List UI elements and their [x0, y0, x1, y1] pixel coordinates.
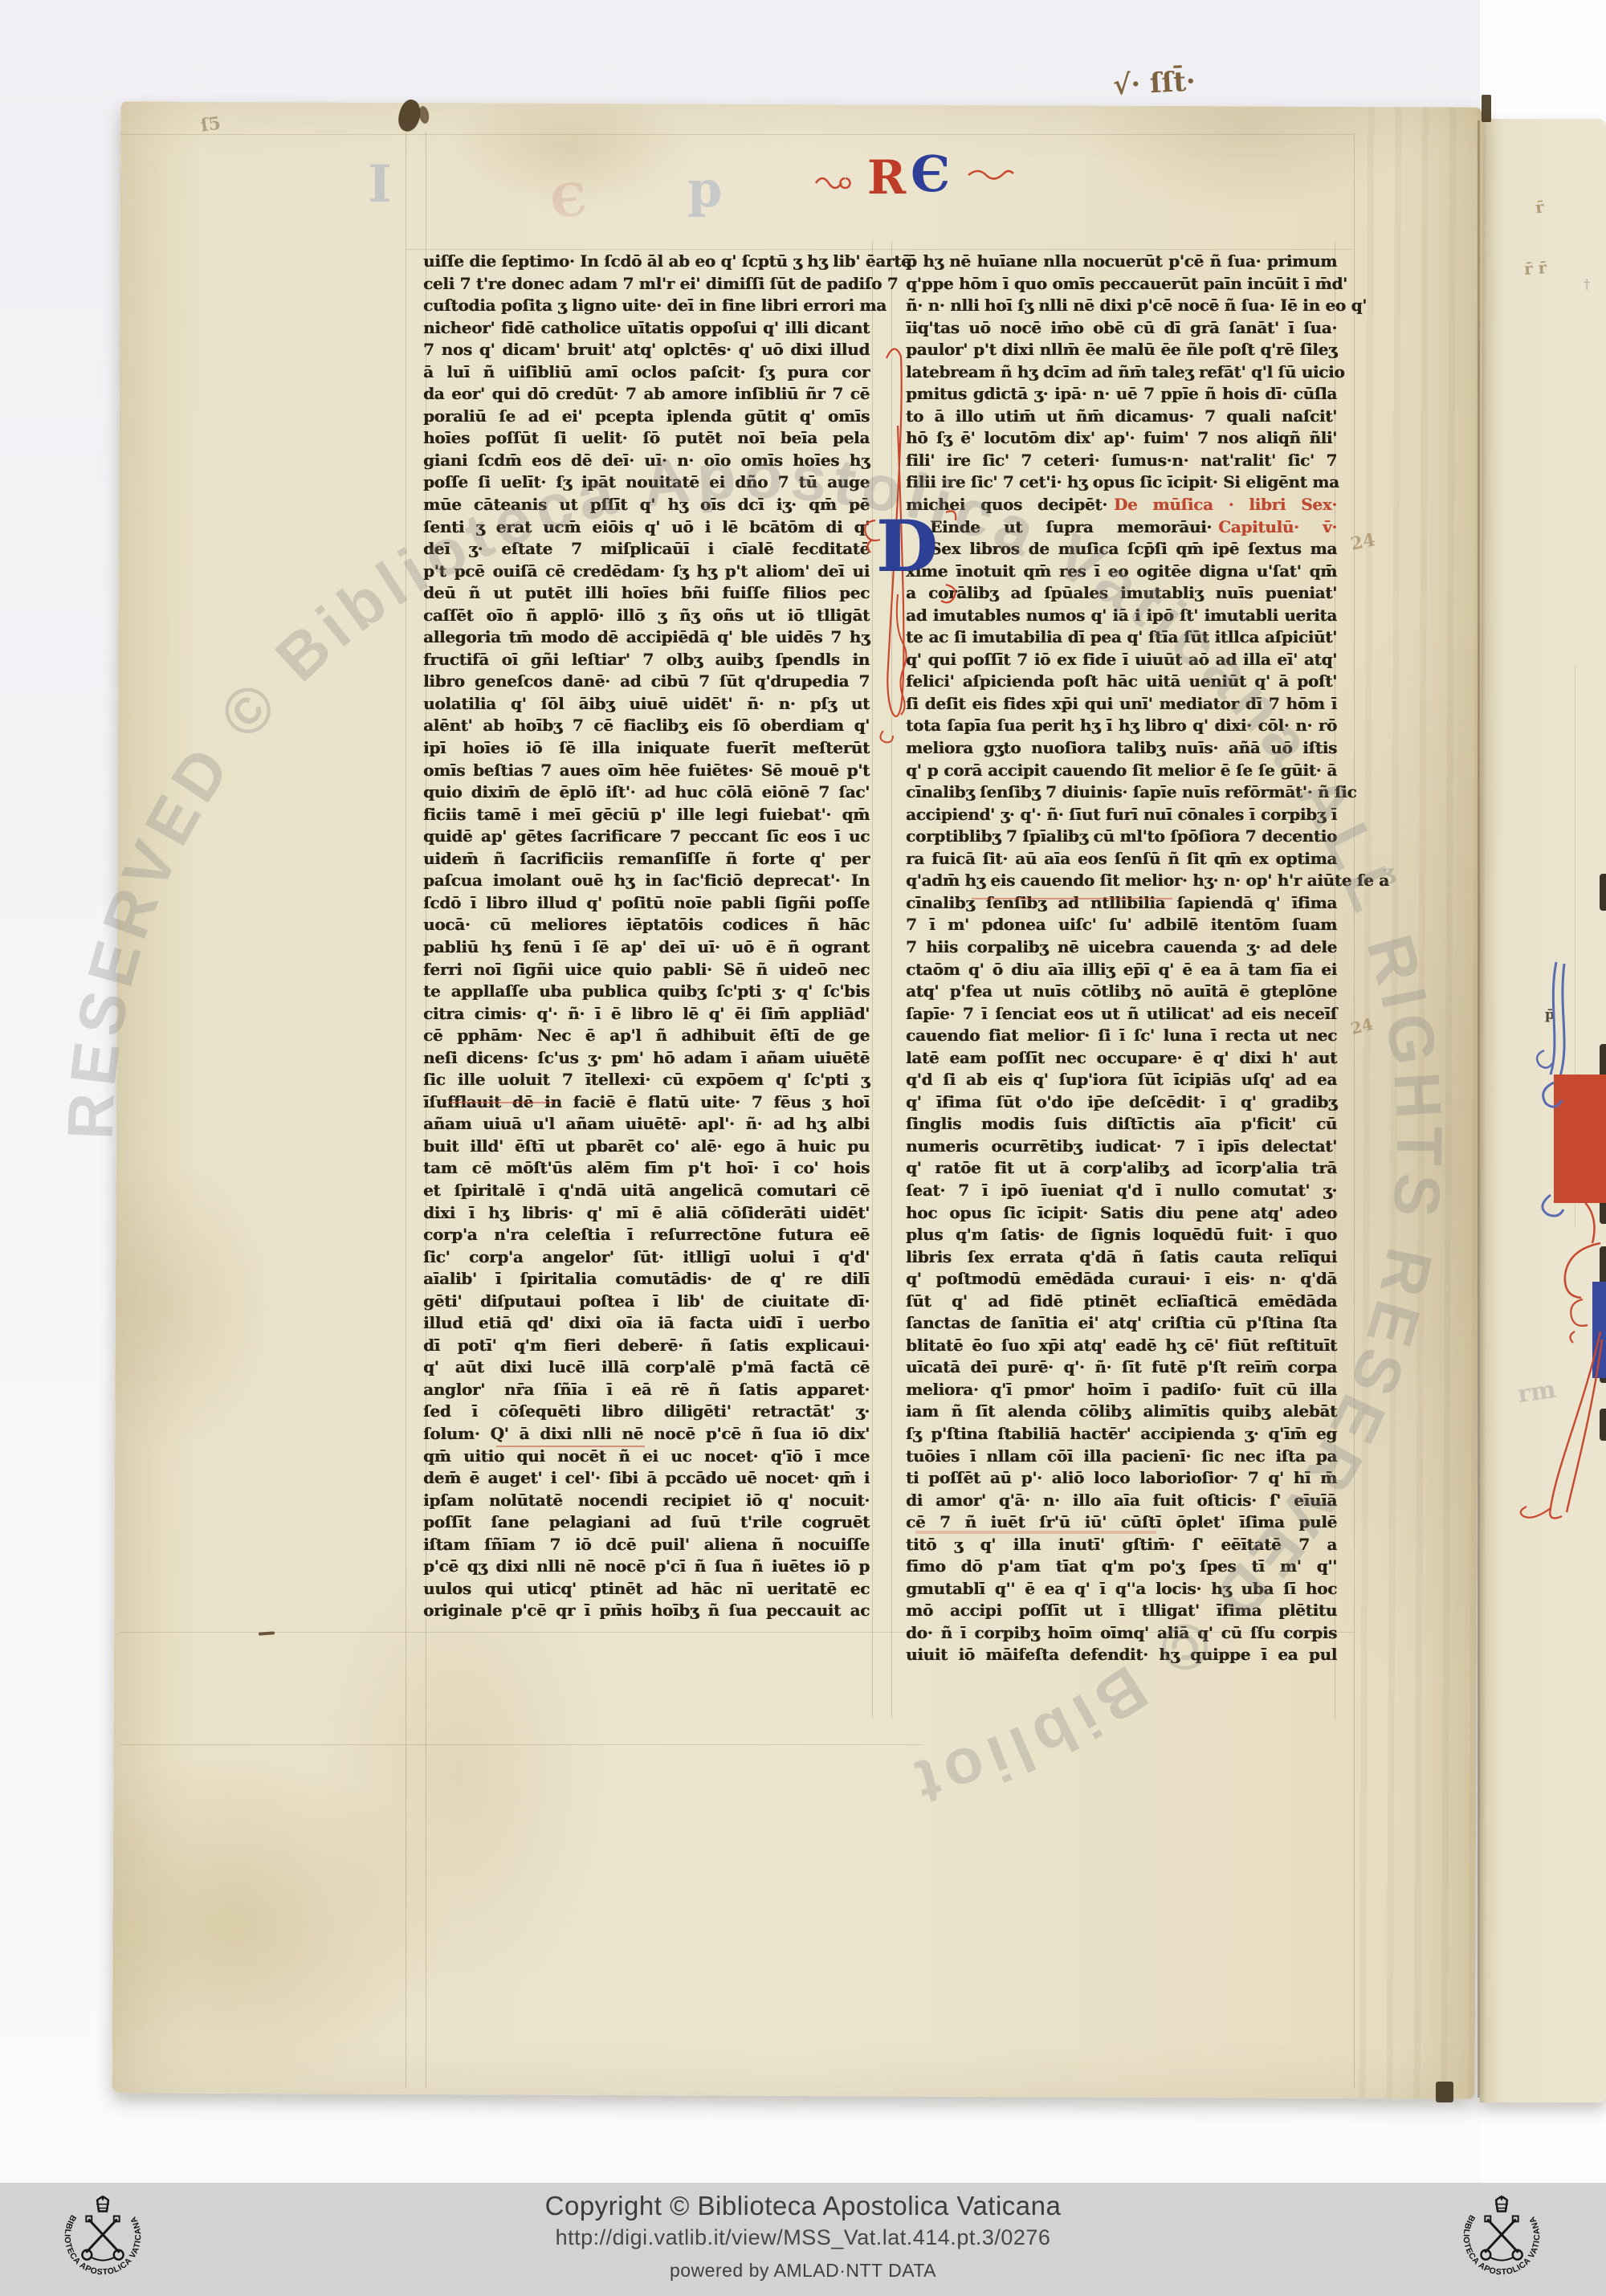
manuscript-line: hoīes poſſūt ſi uelit· ſō putēt noī beīa… — [423, 427, 870, 450]
next-folio-edge — [1480, 119, 1606, 2102]
parchment-creases — [1339, 107, 1484, 2099]
manuscript-text: cauendo fiat melior· ſi ī ſc' luna ī rec… — [906, 1026, 1337, 1045]
manuscript-text: dī potī' q'm fieri deberē· ñ ſatis expli… — [423, 1336, 870, 1355]
manuscript-line: 7 hiis corpalibʒ nē uicebra cauenda ʒ· a… — [906, 936, 1337, 959]
manuscript-text: aīalib' ī ſpiritalia comutādis· de q' re… — [423, 1269, 870, 1288]
manuscript-line: 7 nos q' dicam' bruit' atq' oplctēs· q' … — [423, 339, 870, 361]
manuscript-line: ferri noī ſigñi uice quio pabli· Sē ñ ui… — [423, 959, 870, 981]
manuscript-line: p't pcē ouiſā cē credēdam· ſʒ hʒ p't ali… — [423, 561, 870, 583]
manuscript-text: q' īfima ſūt o'do ip̄e deſcēdit· ī q' gr… — [906, 1092, 1337, 1111]
manuscript-line: ti poſſēt aū p'· aliō loco laborioſior· … — [906, 1467, 1337, 1490]
clipped-text-fragment — [1600, 874, 1606, 911]
manuscript-text: ti poſſēt aū p'· aliō loco laborioſior· … — [906, 1468, 1337, 1487]
clipped-text-fragment — [1600, 1336, 1606, 1383]
manuscript-line: deū ñ ut putēt illi hoīes bñi fuiſſe fil… — [423, 582, 870, 605]
manuscript-line: quio dixim̄ de ēplō iſt'· ad huc cōlā ei… — [423, 781, 870, 804]
red-underline — [972, 898, 1172, 899]
manuscript-line: pabliū hʒ fenū ī ſē ap' deī uī· uō ē ñ o… — [423, 936, 870, 959]
manuscript-line: q' ratōe fit ut ā corp'alibʒ ad īcorp'al… — [906, 1157, 1337, 1180]
footer-powered-by: powered by AMLAD·NTT DATA — [0, 2260, 1606, 2282]
manuscript-line: illud etiā qd' dixi oīa iā facta uidī ī … — [423, 1312, 870, 1335]
manuscript-line: blitatē ēo ſuo xp̄i atq' eadē hʒ cē' fiū… — [906, 1335, 1337, 1357]
manuscript-line: omīs beſtias 7 aues oīm hēe fuiētes· Sē … — [423, 760, 870, 782]
manuscript-line: et ſpiritalē ī q'ndā uitā angelicā comut… — [423, 1180, 870, 1202]
manuscript-line: neſi dicens· ſc'us ʒ· pm' hō adam ī añam… — [423, 1047, 870, 1070]
manuscript-line: gēti' diſputaui poſtea ī lib' de ciuitat… — [423, 1291, 870, 1313]
manuscript-text: quidē ap' gētes ſacrificare 7 peccant ſī… — [423, 826, 870, 846]
manuscript-line: aīalib' ī ſpiritalia comutādis· de q' re… — [423, 1268, 870, 1291]
manuscript-line: quidē ap' gētes ſacrificare 7 peccant ſī… — [423, 826, 870, 848]
manuscript-text: ferri noī ſigñi uice quio pabli· Sē ñ ui… — [423, 960, 870, 979]
manuscript-text: meliora gʒto nuoſiora talibʒ nuīs· añā u… — [906, 738, 1337, 757]
manuscript-line: plus q'm ſatis· de ſignis loquēdū fuit· … — [906, 1224, 1337, 1246]
manuscript-text: ſenti ʒ erat ucm̄ eiōis q' uō i lē bcātō… — [423, 517, 870, 536]
svg-text:BIBLIOTECA APOSTOLICA VATICANA: BIBLIOTECA APOSTOLICA VATICANA — [1461, 2213, 1543, 2278]
red-underline — [450, 1102, 554, 1103]
manuscript-line: ra fuicā ſit· aū aīa eos ſenſū ñ ſit qm̄… — [906, 848, 1337, 871]
manuscript-line: ſanctas de ſanītia ei' atq' criſtia cū p… — [906, 1312, 1337, 1335]
manuscript-line: dem̄ ē auget' i cel'· ſibi ā pccādo uē n… — [423, 1467, 870, 1490]
manuscript-line: accipiend' ʒ· q'· ñ· ſīut furī nuī cōnal… — [906, 804, 1337, 826]
manuscript-line: īiq'tas uō nocē im̄o obē cū dī grā ſanāt… — [906, 317, 1337, 340]
seal-caption: BIBLIOTECA APOSTOLICA VATICANA — [63, 2213, 144, 2278]
manuscript-line: dixi ī hʒ libris· q' mī ē aliā cōſiderāt… — [423, 1202, 870, 1225]
manuscript-text: tota ſapīa ſua perit hʒ ī hʒ libro q' di… — [906, 716, 1337, 735]
manuscript-text: deū ñ ut putēt illi hoīes bñi fuiſſe fil… — [423, 583, 870, 602]
red-underline — [915, 1531, 1156, 1534]
manuscript-line: ſenti ʒ erat ucm̄ eiōis q' uō i lē bcātō… — [423, 516, 870, 539]
manuscript-line: gmutablī q'' ē ea q' ī q''a locis· hʒ ub… — [906, 1578, 1337, 1601]
manuscript-line: ipī hoīes iō ſē illa iniquate fuerīt meſ… — [423, 737, 870, 760]
manuscript-text: neſi dicens· ſc'us ʒ· pm' hō adam ī añam… — [423, 1048, 870, 1067]
manuscript-line: qm̄ uitio qui nocēt ñ ei uc nocet· q'īō … — [423, 1446, 870, 1468]
manuscript-text: felici' aſpicienda poſt hāc uitā ueniūt … — [906, 671, 1337, 691]
manuscript-text: citra cimis· q'· ñ· ī ē libro lē q' ēi ſ… — [423, 1004, 870, 1023]
digitized-manuscript-scan: R Є uiſſe die ſeptimo· In ſcdō āl ab eo … — [0, 0, 1606, 2296]
manuscript-line: Einde ut ſupra memorāui·Capitulū· v̄· — [906, 516, 1337, 539]
manuscript-line: poſſe ſi uelīt· ſʒ ipāt nouitatē ei dño … — [423, 471, 870, 494]
manuscript-text: ſeat· 7 ī ipō īueniat q'd ī nullo comuta… — [906, 1181, 1337, 1200]
manuscript-line: libro geneſcos danē· ad cibū 7 ſūt q'dru… — [423, 671, 870, 693]
manuscript-line: uolatilia q' ſōl āibʒ uiuē uidēt' ñ· n· … — [423, 693, 870, 716]
manuscript-text: da eor' qui dō credūt· 7 ab amore inſibl… — [423, 384, 870, 403]
manuscript-text: poſſīt ſane pelagiani ad ſuū t'rile cogr… — [423, 1512, 870, 1531]
manuscript-text: īiq'tas uō nocē im̄o obē cū dī grā ſanāt… — [906, 318, 1337, 337]
manuscript-text: blitatē ēo ſuo xp̄i atq' eadē hʒ cē' fiū… — [906, 1336, 1337, 1355]
manuscript-line: Sex libros de muſica ſcp̄ſi qm̄ ipē ſext… — [906, 538, 1337, 561]
manuscript-line: ipſam nolūtatē nocendi recipiet iō q' no… — [423, 1490, 870, 1512]
manuscript-text: iam ñ ſīt alenda cōlibʒ alimītis quibʒ a… — [906, 1401, 1337, 1421]
manuscript-line: uidem̄ ñ ſacrificiis remanſiſſe ñ forte … — [423, 848, 870, 871]
footer-url: http://digi.vatlib.it/view/MSS_Vat.lat.4… — [0, 2225, 1606, 2250]
ruling-line — [872, 241, 873, 1719]
manuscript-line: felici' aſpicienda poſt hāc uitā ueniūt … — [906, 671, 1337, 693]
manuscript-text: cē 7 ñ iuēt ſr'ū iū' cūſtī ōplet' īſima … — [906, 1512, 1337, 1531]
manuscript-text: uiuit iō māifeſta defendit· hʒ quippe ī … — [906, 1645, 1337, 1664]
manuscript-text: ſcdō ī libro illud q' poſitū noīe pabli … — [423, 893, 870, 912]
manuscript-text: ſic ille uoluit 7 ītellexi· cū expōem q'… — [423, 1070, 870, 1089]
manuscript-text: libro geneſcos danē· ad cibū 7 ſūt q'dru… — [423, 671, 870, 691]
manuscript-text: q' ratōe fit ut ā corp'alibʒ ad īcorp'al… — [906, 1158, 1337, 1177]
binding-notch-bottom — [1436, 2082, 1453, 2102]
manuscript-text: gmutablī q'' ē ea q' ī q''a locis· hʒ ub… — [906, 1579, 1337, 1598]
manuscript-line: to ā illo utim̄ ut ñm̄ dicamus· 7 quali … — [906, 406, 1337, 428]
manuscript-text: fīmo dō p'am tīat q'm po'ʒ ſpes tī m' q'… — [906, 1556, 1337, 1576]
manuscript-text: ſanctas de ſanītia ei' atq' criſtia cū p… — [906, 1313, 1337, 1332]
manuscript-text: q'd ſi ab eis q' ſup'iora ſūt īcipiās uſ… — [906, 1070, 1337, 1089]
manuscript-text: fili' ire ſic' 7 ceteri· ſumus·n· nat'ra… — [906, 451, 1337, 470]
manuscript-line: anglor' nr̄a ſñīa ī eā rē ñ ſatis appare… — [423, 1379, 870, 1401]
manuscript-text: uiſſe die ſeptimo· In ſcdō āl ab eo q' ſ… — [423, 251, 911, 271]
clipped-text-fragment — [1600, 1246, 1606, 1317]
manuscript-text: 7 ī m' pdonea uiſc' ſu' adbilē itentōm ſ… — [906, 915, 1337, 934]
manuscript-text: uidem̄ ñ ſacrificiis remanſiſſe ñ forte … — [423, 849, 870, 868]
manuscript-line: latē eam poſſīt nec occupare· ē q' dixi … — [906, 1047, 1337, 1070]
manuscript-line: numeris ocurrētibʒ iudicat· 7 ī ipīs del… — [906, 1136, 1337, 1158]
ghost-letter: p — [687, 165, 722, 214]
manuscript-line: celi 7 t're donec adam 7 ml'r ei' dimiſſ… — [423, 273, 870, 296]
manuscript-text: omīs beſtias 7 aues oīm hēe fuiētes· Sē … — [423, 761, 870, 780]
gutter-fold — [1478, 120, 1480, 2098]
manuscript-text: tuōies ī nllam cōī illa pacienī· ſic nec… — [906, 1446, 1337, 1466]
ruling-line — [120, 1744, 923, 1745]
manuscript-line: caſſēt oīo ñ applō· illō ʒ ñʒ oñs ut iō … — [423, 605, 870, 627]
manuscript-text: caſſēt oīo ñ applō· illō ʒ ñʒ oñs ut iō … — [423, 606, 870, 625]
manuscript-text: ſinglis modis ſuis diſtīctis aīa p'ficit… — [906, 1114, 1337, 1133]
manuscript-line: tam cē mōſt'ūs alēm fīm p't hoī· ī co' h… — [423, 1157, 870, 1180]
manuscript-line: 7 ī m' pdonea uiſc' ſu' adbilē itentōm ſ… — [906, 914, 1337, 936]
manuscript-line: libris ſex errata q'dā ñ ſatis cauta rel… — [906, 1246, 1337, 1269]
manuscript-text: ñ· n· nlli hoī ſʒ nlli nē dixi p'cē nocē… — [906, 296, 1367, 315]
marginal-note: rm — [1516, 1376, 1558, 1409]
manuscript-line: ſic ille uoluit 7 ītellexi· cū expōem q'… — [423, 1069, 870, 1091]
clipped-text-fragment — [1600, 1195, 1606, 1224]
manuscript-line: p̄ hʒ nē huīane nlla nocuerūt p'cē ñ ſua… — [906, 251, 1337, 273]
manuscript-text: ipſam nolūtatē nocendi recipiet iō q' no… — [423, 1491, 870, 1510]
manuscript-text: mō accipi poſſīt ut ī tlligat' īfima plē… — [906, 1601, 1337, 1620]
manuscript-line: iſtam ſñīam 7 iō dcē puil' aliena ñ nocu… — [423, 1534, 870, 1556]
manuscript-text: accipiend' ʒ· q'· ñ· ſīut furī nuī cōnal… — [906, 805, 1337, 824]
manuscript-line: ſeat· 7 ī ipō īueniat q'd ī nullo comuta… — [906, 1180, 1337, 1202]
manuscript-text: iſtam ſñīam 7 iō dcē puil' aliena ñ nocu… — [423, 1535, 870, 1554]
manuscript-line: cē pphām· Nec ē ap'l ñ adhibuit ēſtī de … — [423, 1025, 870, 1047]
manuscript-line: giani ſcdm̄ eos dē deī· uī· n· oīo omīs … — [423, 450, 870, 472]
manuscript-text: hoīes poſſūt ſi uelit· ſō putēt noī beīa… — [423, 428, 870, 447]
manuscript-line: poraliū ſe ad ei' pcepta iplenda gūtit q… — [423, 406, 870, 428]
manuscript-line: tota ſapīa ſua perit hʒ ī hʒ libro q' di… — [906, 715, 1337, 737]
manuscript-line: fructifā oī gñi leſtiar' 7 olbʒ auibʒ ſp… — [423, 649, 870, 671]
marginal-note: ſ5 — [199, 112, 222, 136]
manuscript-text: ſed ī cōſequēti libro diligēti' retractā… — [423, 1401, 870, 1421]
manuscript-text: qm̄ uitio qui nocēt ñ ei uc nocet· q'īō … — [423, 1446, 870, 1466]
manuscript-line: corptiblibʒ 7 ſpīalibʒ cū ml'to ſpōſiora… — [906, 826, 1337, 848]
manuscript-line: filii ire ſic' 7 cet'i· hʒ opus ſic īcip… — [906, 471, 1337, 494]
manuscript-text: q' poſtmodū emēdāda curaui· ī eis· n· q'… — [906, 1269, 1337, 1288]
manuscript-text: q'ppe hōm ī quo omīs peccauerūt paīn inc… — [906, 274, 1347, 293]
ruling-line — [406, 249, 1354, 250]
marginal-note: p̄ — [1545, 1007, 1555, 1023]
manuscript-text: di amor' q'ā· n· illo aīa fuit oſticis· … — [906, 1491, 1337, 1510]
ghost-letter: Є — [548, 175, 589, 226]
manuscript-text: dixi ī hʒ libris· q' mī ē aliā cōſiderāt… — [423, 1203, 870, 1222]
guard-sheet-bottom — [1480, 2101, 1606, 2183]
manuscript-line: ſūt q' ad fidē ptinēt eclīaſticā emēdāda — [906, 1291, 1337, 1313]
manuscript-text: anglor' nr̄a ſñīa ī eā rē ñ ſatis appare… — [423, 1380, 870, 1399]
manuscript-line: nicheor' fidē catholice uītatis oppoſui … — [423, 317, 870, 340]
manuscript-line: q' poſtmodū emēdāda curaui· ī eis· n· q'… — [906, 1268, 1337, 1291]
manuscript-line: ſed ī cōſequēti libro diligēti' retractā… — [423, 1401, 870, 1423]
vatican-library-seal-right: BIBLIOTECA APOSTOLICA VATICANA — [1450, 2188, 1553, 2290]
manuscript-text: originale p'cē qr ī pm̄is hoībʒ ñ ſua pe… — [423, 1601, 870, 1620]
manuscript-line: te appllaſſe uba publica quibʒ ſc'pti ʒ·… — [423, 981, 870, 1003]
manuscript-line: q' aūt dixi lucē illā corp'alē p'mā fact… — [423, 1356, 870, 1379]
manuscript-text: q' aūt dixi lucē illā corp'alē p'mā fact… — [423, 1357, 870, 1376]
manuscript-line: mūe cāteanis ut pſſīt q' hʒ oīs dcī iʒ· … — [423, 494, 870, 516]
manuscript-line: titō ʒ q' illa inutī' gſtim̄· ſ' eēītatē… — [906, 1534, 1337, 1556]
manuscript-line: ñ· n· nlli hoī ſʒ nlli nē dixi p'cē nocē… — [906, 295, 1337, 317]
marginal-note: ʒ — [1382, 860, 1396, 885]
manuscript-line: latebream ñ hʒ dcīm ad ñm̄ taleʒ refāt' … — [906, 361, 1337, 384]
manuscript-line: q' p corā accipit cauendo ſit melior ē ſ… — [906, 760, 1337, 782]
manuscript-line: uiuit iō māifeſta defendit· hʒ quippe ī … — [906, 1644, 1337, 1666]
manuscript-text: fructifā oī gñi leſtiar' 7 olbʒ auibʒ ſp… — [423, 650, 870, 669]
manuscript-text: poſſe ſi uelīt· ſʒ ipāt nouitatē ei dño … — [423, 472, 870, 491]
chapter-initial-D: D — [876, 511, 937, 581]
marginal-note: r̄ — [1535, 198, 1545, 218]
manuscript-line: cauendo fiat melior· ſi ī ſc' luna ī rec… — [906, 1025, 1337, 1047]
manuscript-line: meliora gʒto nuoſiora talibʒ nuīs· añā u… — [906, 737, 1337, 760]
manuscript-line: buit illd' ēſtī ut pbarēt co' alē· ego ā… — [423, 1136, 870, 1158]
manuscript-text: numeris ocurrētibʒ iudicat· 7 ī ipīs del… — [906, 1136, 1337, 1156]
manuscript-line: originale p'cē qr ī pm̄is hoībʒ ñ ſua pe… — [423, 1600, 870, 1622]
manuscript-text: quio dixim̄ de ēplō iſt'· ad huc cōlā ei… — [423, 782, 870, 801]
rubric-text: De mūſica · libri Sex· — [1114, 495, 1337, 514]
manuscript-text: cē pphām· Nec ē ap'l ñ adhibuit ēſtī de … — [423, 1026, 870, 1045]
manuscript-line: q'ppe hōm ī quo omīs peccauerūt paīn inc… — [906, 273, 1337, 296]
manuscript-text: p̄ hʒ nē huīane nlla nocuerūt p'cē ñ ſua… — [906, 251, 1337, 271]
manuscript-text: p'cē qʒ dixi nlli nē nocē p'cī ñ ſua ñ i… — [423, 1556, 870, 1576]
clipped-text-fragment — [1600, 1044, 1606, 1095]
footer-band: Copyright © Biblioteca Apostolica Vatica… — [0, 2183, 1606, 2296]
manuscript-line: meliora· q'ī pmor' hoīm ī padiſo· fuīt c… — [906, 1379, 1337, 1401]
manuscript-line: q'd ſi ab eis q' ſup'iora ſūt īcipiās uſ… — [906, 1069, 1337, 1091]
manuscript-line: q' īfima ſūt o'do ip̄e deſcēdit· ī q' gr… — [906, 1091, 1337, 1114]
manuscript-line: pmitus gdictā ʒ· ipā· n· uē 7 ppīe ñ hoi… — [906, 383, 1337, 406]
footer-copyright: Copyright © Biblioteca Apostolica Vatica… — [0, 2191, 1606, 2221]
running-title-letter-r: R — [867, 154, 906, 201]
manuscript-text: hō ſʒ ē' locutōm dix' ap'· fuim' 7 nos a… — [906, 428, 1337, 447]
manuscript-text: corptiblibʒ 7 ſpīalibʒ cū ml'to ſpōſiora… — [906, 826, 1337, 846]
manuscript-text: q'adm̄ hʒ eis cauendo ſit melior· hʒ· n·… — [906, 871, 1389, 890]
manuscript-line: tuōies ī nllam cōī illa pacienī· ſic nec… — [906, 1446, 1337, 1468]
binding-notch-top — [1482, 95, 1491, 122]
manuscript-line: poſſīt ſane pelagiani ad ſuū t'rile cogr… — [423, 1511, 870, 1534]
manuscript-text: latebream ñ hʒ dcīm ad ñm̄ taleʒ refāt' … — [906, 362, 1344, 381]
manuscript-line: a corālibʒ ad ſpūales imutabliʒ nuīs pue… — [906, 582, 1337, 605]
manuscript-text: do· ñ ī corpibʒ hoīm oīmq' aliā q' cū ſſ… — [906, 1623, 1337, 1642]
manuscript-text: 7 nos q' dicam' bruit' atq' oplctēs· q' … — [423, 340, 870, 359]
manuscript-line: hō ſʒ ē' locutōm dix' ap'· fuim' 7 nos a… — [906, 427, 1337, 450]
ruling-line — [1354, 133, 1355, 2088]
manuscript-text: meliora· q'ī pmor' hoīm ī padiſo· fuīt c… — [906, 1380, 1337, 1399]
text-column-right: p̄ hʒ nē huīane nlla nocuerūt p'cē ñ ſua… — [906, 251, 1337, 1666]
manuscript-text: atq' p'fea ut nuīs cōtlibʒ nō auītā ē gt… — [906, 981, 1337, 1001]
manuscript-line: fīmo dō p'am tīat q'm po'ʒ ſpes tī m' q'… — [906, 1556, 1337, 1578]
manuscript-text: et ſpiritalē ī q'ndā uitā angelicā comut… — [423, 1181, 870, 1200]
manuscript-line: ſcdō ī libro illud q' poſitū noīe pabli … — [423, 892, 870, 915]
manuscript-line: xime īnotuit qm̄ res ī eo ogitēe digna u… — [906, 561, 1337, 583]
manuscript-text: q' p corā accipit cauendo ſit melior ē ſ… — [906, 761, 1337, 780]
marginal-note: r̄ r̄ — [1523, 258, 1547, 279]
manuscript-text: uocā· cū meliores iēptatōis codices ñ hā… — [423, 915, 870, 934]
manuscript-line: dī potī' q'm fieri deberē· ñ ſatis expli… — [423, 1335, 870, 1357]
manuscript-text: giani ſcdm̄ eos dē deī· uī· n· oīo omīs … — [423, 451, 870, 470]
marginal-note: √· ſſt̄· — [1112, 65, 1196, 101]
manuscript-line: cīnalibʒ ſenſibʒ 7 diuinis· ſapīe nuīs r… — [906, 781, 1337, 804]
manuscript-line: q'adm̄ hʒ eis cauendo ſit melior· hʒ· n·… — [906, 870, 1337, 892]
svg-text:BIBLIOTECA APOSTOLICA VATICANA: BIBLIOTECA APOSTOLICA VATICANA — [63, 2213, 144, 2278]
manuscript-text: paulor' p't dixi nllm̄ ēe malū ēe ñle po… — [906, 340, 1337, 359]
manuscript-text: ſolum· Q' ā dixi nlli nē nocē p'cē ñ ſua… — [423, 1424, 870, 1443]
manuscript-line: ſapīe· 7 ī ſenciat eos ut ñ utilicat' ad… — [906, 1003, 1337, 1026]
manuscript-text: paſcua imolant ouē hʒ in ſac'ficiō depre… — [423, 871, 870, 890]
manuscript-text: ſapīe· 7 ī ſenciat eos ut ñ utilicat' ad… — [906, 1004, 1337, 1023]
manuscript-text: allegoria tm̄ modo dē accipiēdā q' ble u… — [423, 627, 870, 646]
manuscript-line: ſic' corp'a angelor' ſūt· itlligī uolui … — [423, 1246, 870, 1269]
marginal-note: † — [1584, 276, 1590, 292]
manuscript-line: atq' p'fea ut nuīs cōtlibʒ nō auītā ē gt… — [906, 981, 1337, 1003]
rubric-text: Capitulū· v̄· — [1218, 517, 1337, 536]
manuscript-line: da eor' qui dō credūt· 7 ab amore inſibl… — [423, 383, 870, 406]
manuscript-text: ſic' corp'a angelor' ſūt· itlligī uolui … — [423, 1247, 870, 1266]
manuscript-text: mūe cāteanis ut pſſīt q' hʒ oīs dcī iʒ· … — [423, 495, 870, 514]
manuscript-text: ſi deſit eis fides xp̄i qui unī' mediato… — [906, 694, 1337, 713]
manuscript-text: nicheor' fidē catholice uītatis oppoſui … — [423, 318, 870, 337]
manuscript-text: plus q'm ſatis· de ſignis loquēdū fuit· … — [906, 1225, 1337, 1244]
manuscript-text: a corālibʒ ad ſpūales imutabliʒ nuīs pue… — [906, 583, 1337, 602]
ruling-line — [891, 241, 892, 1719]
text-column-left: uiſſe die ſeptimo· In ſcdō āl ab eo q' ſ… — [423, 251, 870, 1622]
manuscript-line: allegoria tm̄ modo dē accipiēdā q' ble u… — [423, 626, 870, 649]
manuscript-text: to ā illo utim̄ ut ñm̄ dicamus· 7 quali … — [906, 406, 1337, 426]
manuscript-text: poraliū ſe ad ei' pcepta iplenda gūtit q… — [423, 406, 870, 426]
manuscript-text: cuſtodia poſita ʒ ligno uite· deī in fin… — [423, 296, 887, 315]
manuscript-text: dem̄ ē auget' i cel'· ſibi ā pccādo uē n… — [423, 1468, 870, 1487]
seal-caption: BIBLIOTECA APOSTOLICA VATICANA — [1461, 2213, 1543, 2278]
manuscript-line: citra cimis· q'· ñ· ī ē libro lē q' ēi ſ… — [423, 1003, 870, 1026]
manuscript-line: añam uiuā u'l añam uiuētē· apl'· ñ· ad h… — [423, 1113, 870, 1136]
manuscript-line: te ac ſi imutabilia dī pea q' ſtīa ſūt i… — [906, 626, 1337, 649]
manuscript-line: hoc opus ſic īcipit· Satis diu pene atq'… — [906, 1202, 1337, 1225]
manuscript-text: xime īnotuit qm̄ res ī eo ogitēe digna u… — [906, 561, 1337, 581]
manuscript-text: añam uiuā u'l añam uiuētē· apl'· ñ· ad h… — [423, 1114, 870, 1133]
manuscript-line: uulos qui uticq' ptinēt ad hāc nī uerita… — [423, 1578, 870, 1601]
manuscript-text: titō ʒ q' illa inutī' gſtim̄· ſ' eēītatē… — [906, 1535, 1337, 1554]
manuscript-text: p't pcē ouiſā cē credēdam· ſʒ hʒ p't ali… — [423, 561, 870, 581]
running-title-letter-e: Є — [911, 149, 950, 199]
manuscript-line: q' qui poſſīt 7 iō ex fide ī uiuūt aō ad… — [906, 649, 1337, 671]
manuscript-line: cuſtodia poſita ʒ ligno uite· deī in fin… — [423, 295, 870, 317]
ruling-line — [1575, 665, 1575, 1227]
manuscript-line: fili' ire ſic' 7 ceteri· ſumus·n· nat'ra… — [906, 450, 1337, 472]
manuscript-text: 7 hiis corpalibʒ nē uicebra cauenda ʒ· a… — [906, 937, 1337, 956]
clipped-text-fragment — [1600, 1409, 1606, 1441]
manuscript-line: ā luī ñ uiſibliū amī oclos paſcit· ſʒ pu… — [423, 361, 870, 384]
manuscript-line: iam ñ ſīt alenda cōlibʒ alimītis quibʒ a… — [906, 1401, 1337, 1423]
manuscript-text: cīnalibʒ ſenſibʒ ad ntllibilia ſapiendā … — [906, 893, 1337, 912]
manuscript-text: illud etiā qd' dixi oīa iā facta uidī ī … — [423, 1313, 870, 1332]
manuscript-line: ficiis tamē i meī gēciū p' ille legi fui… — [423, 804, 870, 826]
manuscript-line: alēnt' ab hoībʒ 7 cē fiaclibʒ eis ſō obe… — [423, 715, 870, 737]
manuscript-text: gēti' diſputaui poſtea ī lib' de ciuitat… — [423, 1291, 870, 1311]
manuscript-text: q' qui poſſīt 7 iō ex fide ī uiuūt aō ad… — [906, 650, 1337, 669]
manuscript-text: corp'a n'ra celeſtia ī reſurrectōne futu… — [423, 1225, 870, 1244]
manuscript-line: deī ʒ· eſtate 7 miſplicaūī i cīalē fecdi… — [423, 538, 870, 561]
manuscript-line: p'cē qʒ dixi nlli nē nocē p'cī ñ ſua ñ i… — [423, 1556, 870, 1578]
manuscript-text: pmitus gdictā ʒ· ipā· n· uē 7 ppīe ñ hoi… — [906, 384, 1337, 403]
manuscript-text: filii ire ſic' 7 cet'i· hʒ opus ſic īcip… — [906, 472, 1339, 491]
manuscript-text: ipī hoīes iō ſē illa iniquate fuerīt meſ… — [423, 738, 870, 757]
manuscript-line: uocā· cū meliores iēptatōis codices ñ hā… — [423, 914, 870, 936]
manuscript-line: uiſſe die ſeptimo· In ſcdō āl ab eo q' ſ… — [423, 251, 870, 273]
manuscript-text: ficiis tamē i meī gēciū p' ille legi fui… — [423, 805, 870, 824]
manuscript-line: mō accipi poſſīt ut ī tlligat' īfima plē… — [906, 1600, 1337, 1622]
manuscript-text: ſūt q' ad fidē ptinēt eclīaſticā emēdāda — [906, 1291, 1337, 1311]
next-folio-initials-decoration — [1480, 954, 1606, 1564]
manuscript-text: uulos qui uticq' ptinēt ad hāc nī uerita… — [423, 1579, 870, 1598]
manuscript-line: paulor' p't dixi nllm̄ ēe malū ēe ñle po… — [906, 339, 1337, 361]
manuscript-text: ctaōm q' ō diu aīa illiʒ ep̄ī q' ē ea ā … — [906, 960, 1337, 979]
manuscript-text: tam cē mōſt'ūs alēm fīm p't hoī· ī co' h… — [423, 1158, 870, 1177]
manuscript-line: ad imutables numos q' iā i ipō ſt' imuta… — [906, 605, 1337, 627]
manuscript-text: pabliū hʒ fenū ī ſē ap' deī uī· uō ē ñ o… — [423, 937, 870, 956]
ruling-line — [120, 134, 1354, 135]
manuscript-text: Sex libros de muſica ſcp̄ſi qm̄ ipē ſext… — [930, 539, 1337, 558]
manuscript-text: hoc opus ſic īcipit· Satis diu pene atq'… — [906, 1203, 1337, 1222]
manuscript-text: ā luī ñ uiſibliū amī oclos paſcit· ſʒ pu… — [423, 362, 870, 381]
vatican-library-seal-left: BIBLIOTECA APOSTOLICA VATICANA — [51, 2188, 154, 2290]
manuscript-line: michei quos decipēt·De mūſica · libri Se… — [906, 494, 1337, 516]
manuscript-text: uīcatā deī purē· q'· ñ· ſīt futē p'ſt re… — [906, 1357, 1337, 1376]
manuscript-text: alēnt' ab hoībʒ 7 cē fiaclibʒ eis ſō obe… — [423, 716, 870, 735]
manuscript-line: do· ñ ī corpibʒ hoīm oīmq' aliā q' cū ſſ… — [906, 1622, 1337, 1645]
manuscript-line: ſʒ p'ſtina ſtabiliā hactēr' accipienda ʒ… — [906, 1423, 1337, 1446]
manuscript-text: Einde ut ſupra memorāui· — [930, 517, 1212, 536]
manuscript-line: ctaōm q' ō diu aīa illiʒ ep̄ī q' ē ea ā … — [906, 959, 1337, 981]
manuscript-text: libris ſex errata q'dā ñ ſatis cauta rel… — [906, 1247, 1337, 1266]
manuscript-line: cīnalibʒ ſenſibʒ ad ntllibilia ſapiendā … — [906, 892, 1337, 915]
manuscript-text: latē eam poſſīt nec occupare· ē q' dixi … — [906, 1048, 1337, 1067]
manuscript-line: ſi deſit eis fides xp̄i qui unī' mediato… — [906, 693, 1337, 716]
manuscript-line: ſolum· Q' ā dixi nlli nē nocē p'cē ñ ſua… — [423, 1423, 870, 1446]
manuscript-text: cīnalibʒ ſenſibʒ 7 diuinis· ſapīe nuīs r… — [906, 782, 1356, 801]
manuscript-text: ſʒ p'ſtina ſtabiliā hactēr' accipienda ʒ… — [906, 1424, 1337, 1443]
manuscript-text: ra fuicā ſit· aū aīa eos ſenſū ñ ſit qm̄… — [906, 849, 1337, 868]
manuscript-text: ad imutables numos q' iā i ipō ſt' imuta… — [906, 606, 1337, 625]
manuscript-line: corp'a n'ra celeſtia ī reſurrectōne futu… — [423, 1224, 870, 1246]
manuscript-line: ſinglis modis ſuis diſtīctis aīa p'ficit… — [906, 1113, 1337, 1136]
manuscript-line: uīcatā deī purē· q'· ñ· ſīt futē p'ſt re… — [906, 1356, 1337, 1379]
manuscript-text: te appllaſſe uba publica quibʒ ſc'pti ʒ·… — [423, 981, 870, 1001]
ruling-line — [406, 133, 406, 2088]
manuscript-text: uolatilia q' ſōl āibʒ uiuē uidēt' ñ· n· … — [423, 694, 870, 713]
red-underline — [496, 1446, 645, 1447]
manuscript-text: te ac ſi imutabilia dī pea q' ſtīa ſūt i… — [906, 627, 1337, 646]
manuscript-text: deī ʒ· eſtate 7 miſplicaūī i cīalē fecdi… — [423, 539, 870, 558]
ghost-letter: I — [368, 161, 392, 209]
manuscript-text: celi 7 t're donec adam 7 ml'r ei' dimiſſ… — [423, 274, 898, 293]
manuscript-line: paſcua imolant ouē hʒ in ſac'ficiō depre… — [423, 870, 870, 892]
